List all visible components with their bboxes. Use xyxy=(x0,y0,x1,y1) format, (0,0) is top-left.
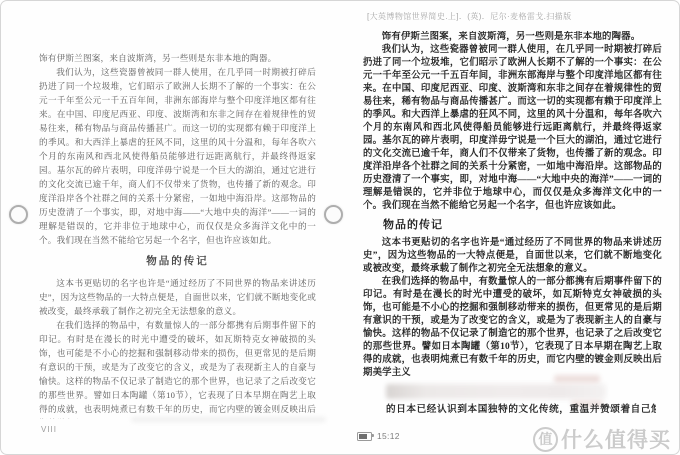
paragraph-continuation: 饰有伊斯兰图案，来自波斯湾，另一些则是东非本地的陶器。 xyxy=(363,31,662,44)
binder-ring-icon xyxy=(9,205,28,224)
paragraph-trade: 我们认为，这些瓷器曾被同一群人使用，在几乎同一时期被打碎后扔进了同一个垃圾堆，它… xyxy=(39,65,316,247)
paragraph-naming: 这本书更贴切的名字也许是“通过经历了不同世界的物品来讲述历史”，因为这些物品的一… xyxy=(39,276,316,318)
page-number: VIII xyxy=(41,425,57,434)
status-bar: 15:12 xyxy=(357,431,400,441)
battery-fill xyxy=(359,434,367,439)
left-page[interactable]: 饰有伊斯兰图案，来自波斯湾，另一些则是东非本地的陶器。 我们认为，这些瓷器曾被同… xyxy=(39,51,316,419)
paragraph-naming: 这本书更贴切的名字也许是“通过经历了不同世界的物品来讲述历史”，因为这些物品的一… xyxy=(363,237,662,276)
book-title: [大英博物馆世界简史.上]．(英)．尼尔·麦格雷戈.扫描版 xyxy=(367,11,571,22)
paragraph-marks: 在我们选择的物品中，有数量惊人的一部分都携有后期事件留下的印记。有时是在漫长的时… xyxy=(363,276,662,380)
paragraph-closing: 的日本已经认识到本国独特的文化传统，重温并赞颂着自己悠 xyxy=(386,403,656,416)
ebook-reader-screen: [大英博物馆世界简史.上]．(英)．尼尔·麦格雷戈.扫描版 饰有伊斯兰图案，来自… xyxy=(0,0,680,455)
blurred-watermark-smudge xyxy=(554,375,600,383)
binder-ring-icon xyxy=(324,205,343,224)
section-heading: 物品的传记 xyxy=(39,255,316,269)
blurred-watermark-band xyxy=(386,384,606,399)
smzdm-watermark: 值 什么值得买 xyxy=(533,424,671,454)
battery-icon xyxy=(357,432,372,441)
watermark-text: 什么值得买 xyxy=(561,424,671,454)
right-page[interactable]: 饰有伊斯兰图案，来自波斯湾，另一些则是东非本地的陶器。 我们认为，这些瓷器曾被同… xyxy=(363,31,662,383)
section-heading: 物品的传记 xyxy=(363,219,662,232)
paragraph-marks: 在我们选择的物品中，有数量惊人的一部分都携有后期事件留下的印记。有时是在漫长的时… xyxy=(39,318,316,419)
blurred-watermark-strip xyxy=(131,417,326,422)
paragraph-continuation: 饰有伊斯兰图案，来自波斯湾，另一些则是东非本地的陶器。 xyxy=(39,51,316,65)
paragraph-trade: 我们认为，这些瓷器曾被同一群人使用，在几乎同一时期被打碎后扔进了同一个垃圾堆，它… xyxy=(363,44,662,213)
clock-time: 15:12 xyxy=(377,431,400,441)
smzdm-logo-icon: 值 xyxy=(533,427,558,452)
